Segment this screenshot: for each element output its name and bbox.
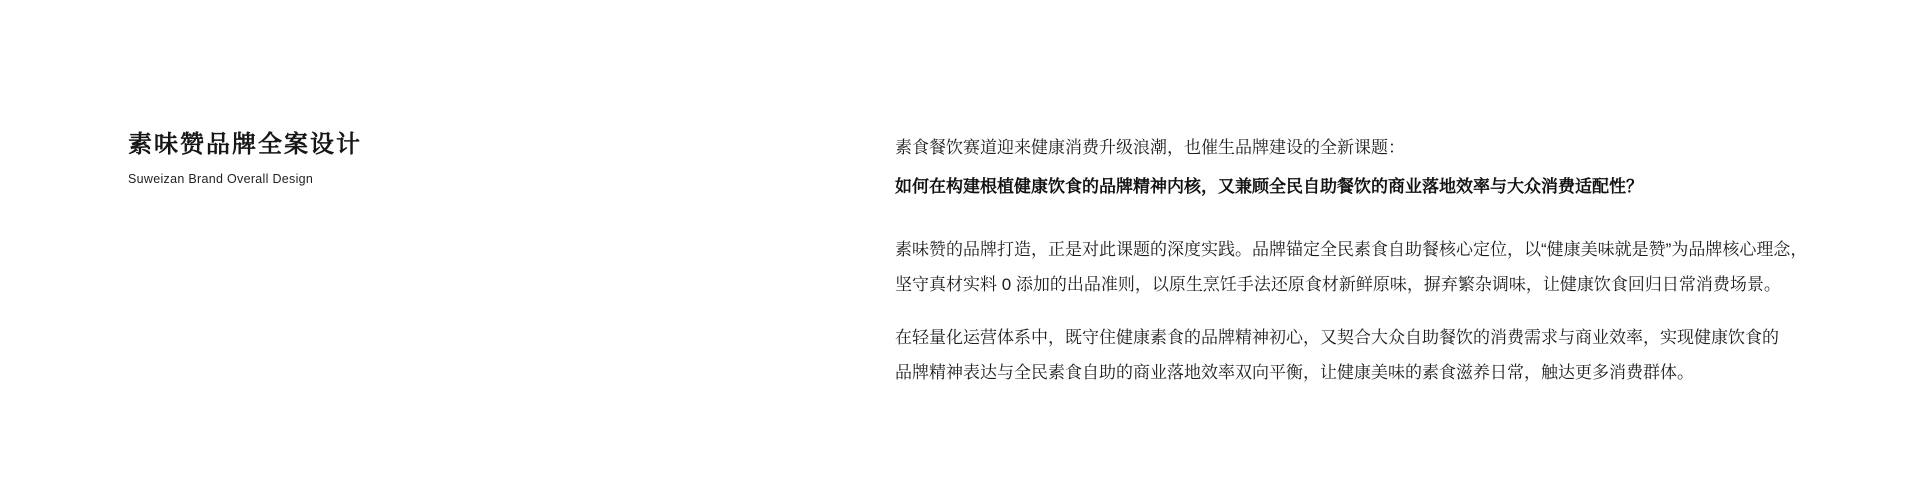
title-block: 素味赞品牌全案设计 Suweizan Brand Overall Design bbox=[128, 130, 362, 187]
balance-line-1: 在轻量化运营体系中，既守住健康素食的品牌精神初心，又契合大众自助餐饮的消费需求与… bbox=[895, 320, 1855, 355]
intro-line: 素食餐饮赛道迎来健康消费升级浪潮，也催生品牌建设的全新课题： bbox=[895, 130, 1855, 165]
slide-page: 素味赞品牌全案设计 Suweizan Brand Overall Design … bbox=[0, 0, 1920, 502]
balance-line-2: 品牌精神表达与全民素食自助的商业落地效率双向平衡，让健康美味的素食滋养日常，触达… bbox=[895, 355, 1855, 390]
question-line: 如何在构建根植健康饮食的品牌精神内核，又兼顾全民自助餐饮的商业落地效率与大众消费… bbox=[895, 169, 1855, 204]
practice-paragraph: 素味赞的品牌打造，正是对此课题的深度实践。品牌锚定全民素食自助餐核心定位，以“健… bbox=[895, 232, 1855, 302]
practice-line-2: 坚守真材实料 0 添加的出品准则，以原生烹饪手法还原食材新鲜原味，摒弃繁杂调味，… bbox=[895, 267, 1855, 302]
page-title: 素味赞品牌全案设计 bbox=[128, 130, 362, 160]
body-text-column: 素食餐饮赛道迎来健康消费升级浪潮，也催生品牌建设的全新课题： 如何在构建根植健康… bbox=[895, 130, 1855, 390]
page-subtitle: Suweizan Brand Overall Design bbox=[128, 172, 362, 187]
practice-line-1: 素味赞的品牌打造，正是对此课题的深度实践。品牌锚定全民素食自助餐核心定位，以“健… bbox=[895, 232, 1855, 267]
intro-paragraph: 素食餐饮赛道迎来健康消费升级浪潮，也催生品牌建设的全新课题： bbox=[895, 130, 1855, 165]
question-paragraph: 如何在构建根植健康饮食的品牌精神内核，又兼顾全民自助餐饮的商业落地效率与大众消费… bbox=[895, 169, 1855, 204]
balance-paragraph: 在轻量化运营体系中，既守住健康素食的品牌精神初心，又契合大众自助餐饮的消费需求与… bbox=[895, 320, 1855, 390]
